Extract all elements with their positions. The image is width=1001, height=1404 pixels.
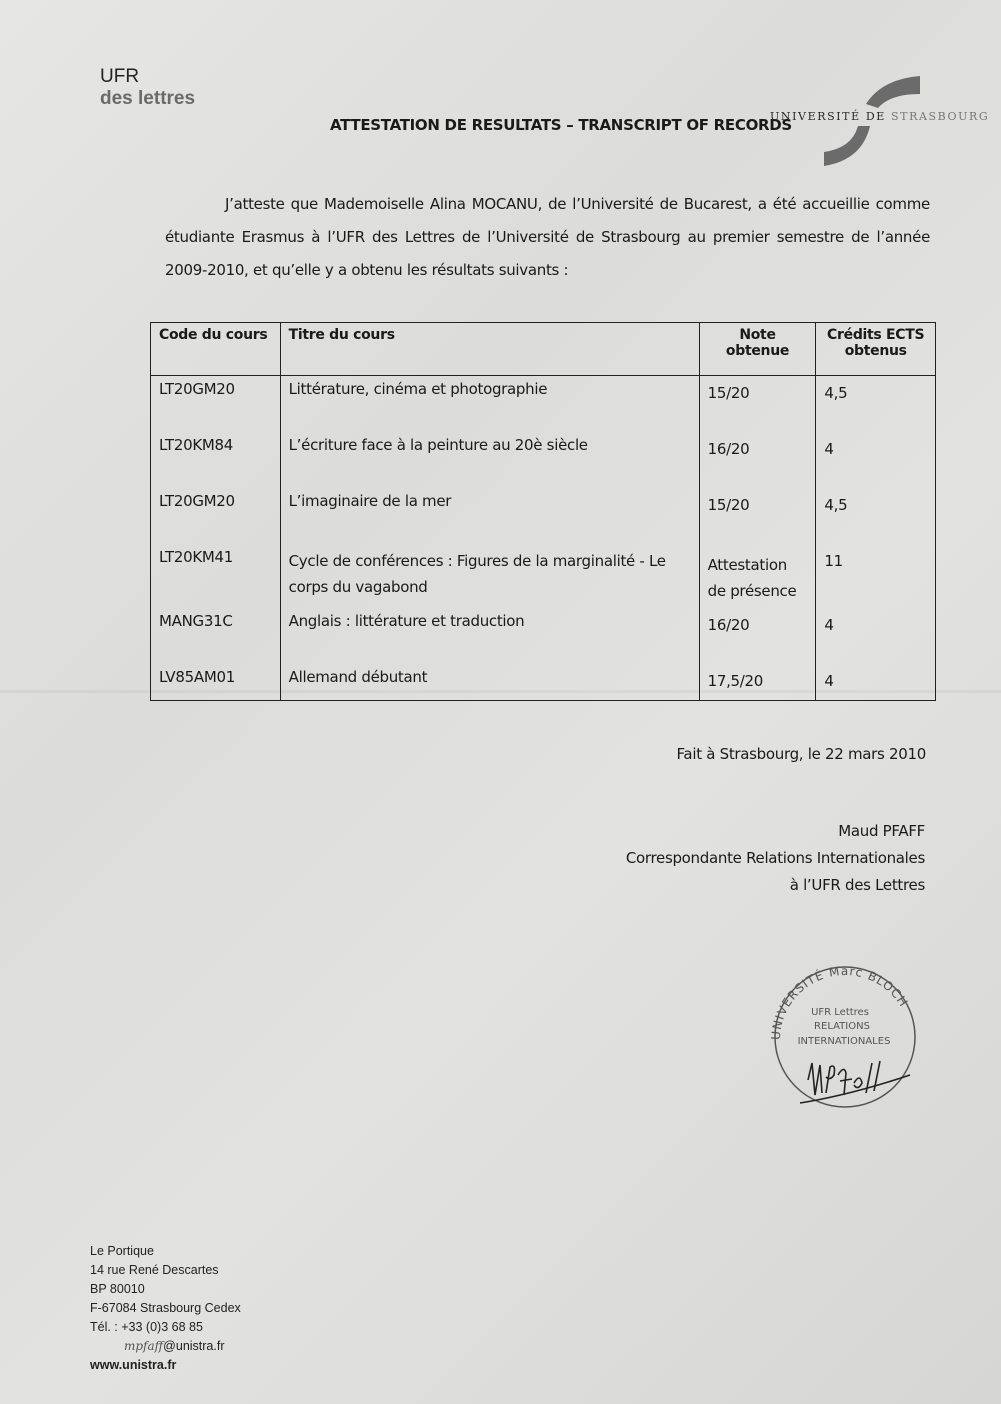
course-title: Allemand débutant — [280, 664, 699, 701]
address-line: 14 rue René Descartes — [90, 1261, 241, 1280]
place-and-date: Fait à Strasbourg, le 22 mars 2010 — [676, 745, 926, 763]
course-code: LT20KM41 — [151, 544, 281, 608]
signatory-name: Maud PFAFF — [626, 818, 925, 845]
course-grade: 16/20 — [699, 432, 816, 488]
course-title: Littérature, cinéma et photographie — [280, 376, 699, 433]
ufr-label: UFR — [100, 66, 195, 88]
signature-icon — [800, 1061, 910, 1103]
course-credits: 4 — [816, 432, 936, 488]
address-line: BP 80010 — [90, 1280, 241, 1299]
ufr-header-block: UFR des lettres — [100, 66, 195, 110]
stamp-line1: UFR Lettres — [811, 1007, 869, 1018]
header-grade: Note obtenue — [699, 323, 816, 376]
signatory-role: Correspondante Relations Internationales — [626, 845, 925, 872]
attestation-paragraph: J’atteste que Mademoiselle Alina MOCANU,… — [165, 188, 930, 287]
header-course-title: Titre du cours — [280, 323, 699, 376]
course-credits: 11 — [816, 544, 936, 608]
course-grade: 16/20 — [699, 608, 816, 664]
course-code: LV85AM01 — [151, 664, 281, 701]
footer-address: Le Portique 14 rue René Descartes BP 800… — [90, 1242, 241, 1375]
grades-table: Code du cours Titre du cours Note obtenu… — [150, 322, 936, 701]
table-row: MANG31C Anglais : littérature et traduct… — [151, 608, 936, 664]
course-credits: 4,5 — [816, 488, 936, 544]
table-row: LT20GM20 Littérature, cinéma et photogra… — [151, 376, 936, 433]
course-grade: 15/20 — [699, 488, 816, 544]
header-ects-credits: Crédits ECTS obtenus — [816, 323, 936, 376]
course-title: Anglais : littérature et traduction — [280, 608, 699, 664]
course-grade: Attestation de présence — [699, 544, 816, 608]
table-row: LT20KM41 Cycle de conférences : Figures … — [151, 544, 936, 608]
ufr-subtitle: des lettres — [100, 88, 195, 110]
signatory-block: Maud PFAFF Correspondante Relations Inte… — [626, 818, 925, 899]
university-name: UNIVERSITÉ DE STRASBOURG — [770, 110, 989, 123]
course-title: Cycle de conférences : Figures de la mar… — [280, 544, 699, 608]
course-code: MANG31C — [151, 608, 281, 664]
email-handwritten-user: mpfaff — [124, 1339, 163, 1353]
course-grade: 15/20 — [699, 376, 816, 433]
course-credits: 4 — [816, 608, 936, 664]
course-title: L’écriture face à la peinture au 20è siè… — [280, 432, 699, 488]
course-credits: 4,5 — [816, 376, 936, 433]
course-code: LT20GM20 — [151, 376, 281, 433]
phone-number: Tél. : +33 (0)3 68 85 — [90, 1318, 241, 1337]
table-header-row: Code du cours Titre du cours Note obtenu… — [151, 323, 936, 376]
signatory-unit: à l’UFR des Lettres — [626, 872, 925, 899]
course-title: L’imaginaire de la mer — [280, 488, 699, 544]
document-title: ATTESTATION DE RESULTATS – TRANSCRIPT OF… — [330, 116, 792, 134]
address-line: F-67084 Strasbourg Cedex — [90, 1299, 241, 1318]
table-row: LT20GM20 L’imaginaire de la mer 15/20 4,… — [151, 488, 936, 544]
course-code: LT20KM84 — [151, 432, 281, 488]
course-credits: 4 — [816, 664, 936, 701]
official-stamp-icon: UNIVERSITÉ Marc BLOCH UFR Lettres RELATI… — [760, 945, 930, 1125]
email-domain: @unistra.fr — [163, 1339, 224, 1353]
email-line: mpfaff@unistra.fr — [90, 1337, 241, 1356]
course-grade: 17,5/20 — [699, 664, 816, 701]
course-code: LT20GM20 — [151, 488, 281, 544]
table-row: LV85AM01 Allemand débutant 17,5/20 4 — [151, 664, 936, 701]
table-row: LT20KM84 L’écriture face à la peinture a… — [151, 432, 936, 488]
stamp-line2: RELATIONS — [814, 1021, 870, 1032]
header-course-code: Code du cours — [151, 323, 281, 376]
transcript-document: UFR des lettres ATTESTATION DE RESULTATS… — [0, 0, 1001, 1404]
website-link: www.unistra.fr — [90, 1356, 241, 1375]
stamp-line3: INTERNATIONALES — [798, 1036, 891, 1047]
address-line: Le Portique — [90, 1242, 241, 1261]
